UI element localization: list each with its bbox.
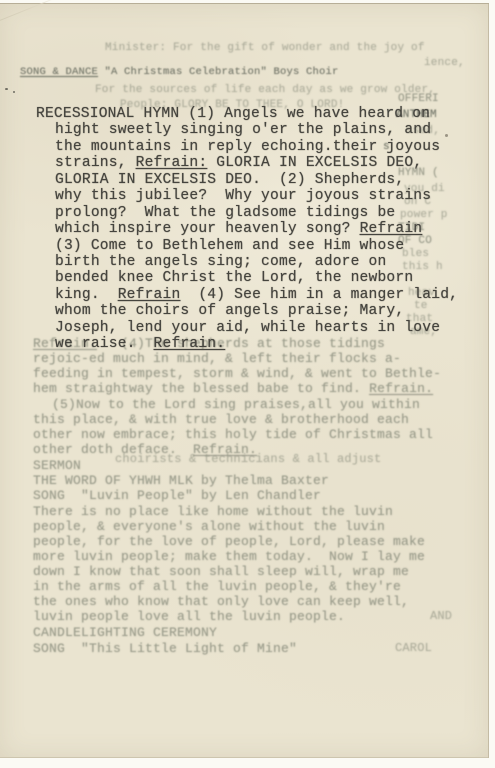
hymn-line: strains, Refrain: GLORIA IN EXCELSIS DEO… <box>36 155 466 171</box>
ghost-text-line: Minister: For the gift of wonder and the… <box>105 42 425 54</box>
ghost-text-line: down I know that soon shall sleep will, … <box>33 564 409 579</box>
hymn-line: hight sweetly singing o'er the plains, a… <box>36 122 466 138</box>
ghost-text-line: choirists & technicians & all adjust <box>115 452 381 466</box>
ghost-text-line: people, for the love of people, Lord, pl… <box>33 534 425 549</box>
ghost-text-line: ience, <box>424 57 465 69</box>
ghost-text-line: SONG "Luvin People" by Len Chandler <box>33 488 321 503</box>
hymn-line: GLORIA IN EXCELSIS DEO. (2) Shepherds, <box>36 172 466 188</box>
hymn-line: which inspire your heavenly song? Refrai… <box>36 221 466 237</box>
ghost-text-line: this place, & with true love & brotherho… <box>33 412 409 427</box>
ghost-text-line: rejoic-ed much in mind, & left their flo… <box>33 351 401 366</box>
hymn-line: (3) Come to Bethlehem and see Him whose <box>36 238 466 254</box>
ghost-text-line: SERMON <box>33 458 81 473</box>
ghost-text-line: SONG & DANCE "A Christmas Celebration" B… <box>20 66 339 78</box>
ghost-text-line: AND <box>430 609 452 623</box>
hymn-line: Joseph, lend your aid, while hearts in l… <box>36 320 466 336</box>
hymn-line: king. Refrain (4) See him in a manger la… <box>36 287 466 303</box>
ghost-text-line: the ones who know that only love can kee… <box>33 594 409 609</box>
ghost-text-line: CANDLELIGHTING CEREMONY <box>33 625 217 640</box>
ghost-text-line: hem straightway the blessed babe to find… <box>33 381 433 396</box>
ghost-text-line: There is no place like home without the … <box>33 504 393 519</box>
ghost-text-line: OFFERI <box>398 93 439 105</box>
hymn-line: prolong? What the gladsome tidings be <box>36 205 466 221</box>
hymn-line: we raise. Refrain. <box>36 336 466 352</box>
ghost-text-line: feeding in tempest, storm & wind, & went… <box>33 366 441 381</box>
hymn-line: bended knee Christ the Lord, the newborn <box>36 270 466 286</box>
scanned-program-page: { "document": { "kind": "typewritten chu… <box>0 0 495 768</box>
ghost-text-line: CAROL <box>395 641 432 655</box>
hymn-line: whom the choirs of angels praise; Mary, <box>36 303 466 319</box>
ghost-text-line: more luvin people; make them today. Now … <box>33 549 425 564</box>
ghost-text-line: SONG "This Little Light of Mine" <box>33 641 297 656</box>
ghost-text-line: (5)Now to the Lord sing praises,all you … <box>52 397 420 412</box>
hymn-line: birth the angels sing; come, adore on <box>36 254 466 270</box>
hymn-line: RECESSIONAL HYMN (1) Angels we have hear… <box>36 106 466 122</box>
recessional-hymn-text: RECESSIONAL HYMN (1) Angels we have hear… <box>36 106 466 353</box>
hymn-line: why this jubilee? Why your joyous strain… <box>36 188 466 204</box>
ghost-text-line: other now embrace; this holy tide of Chr… <box>33 427 433 442</box>
ghost-text-line: in the arms of all the luvin people, & t… <box>33 579 401 594</box>
ghost-text-line: people, & everyone's alone without the l… <box>33 519 385 534</box>
ghost-text-line: For the sources of life each day as we g… <box>95 84 435 96</box>
hymn-line: the mountains in reply echoing.their joy… <box>36 139 466 155</box>
ghost-text-line: THE WORD OF YHWH MLK by Thelma Baxter <box>33 473 329 488</box>
ghost-text-line: luvin people love all the luvin people. <box>33 609 345 624</box>
